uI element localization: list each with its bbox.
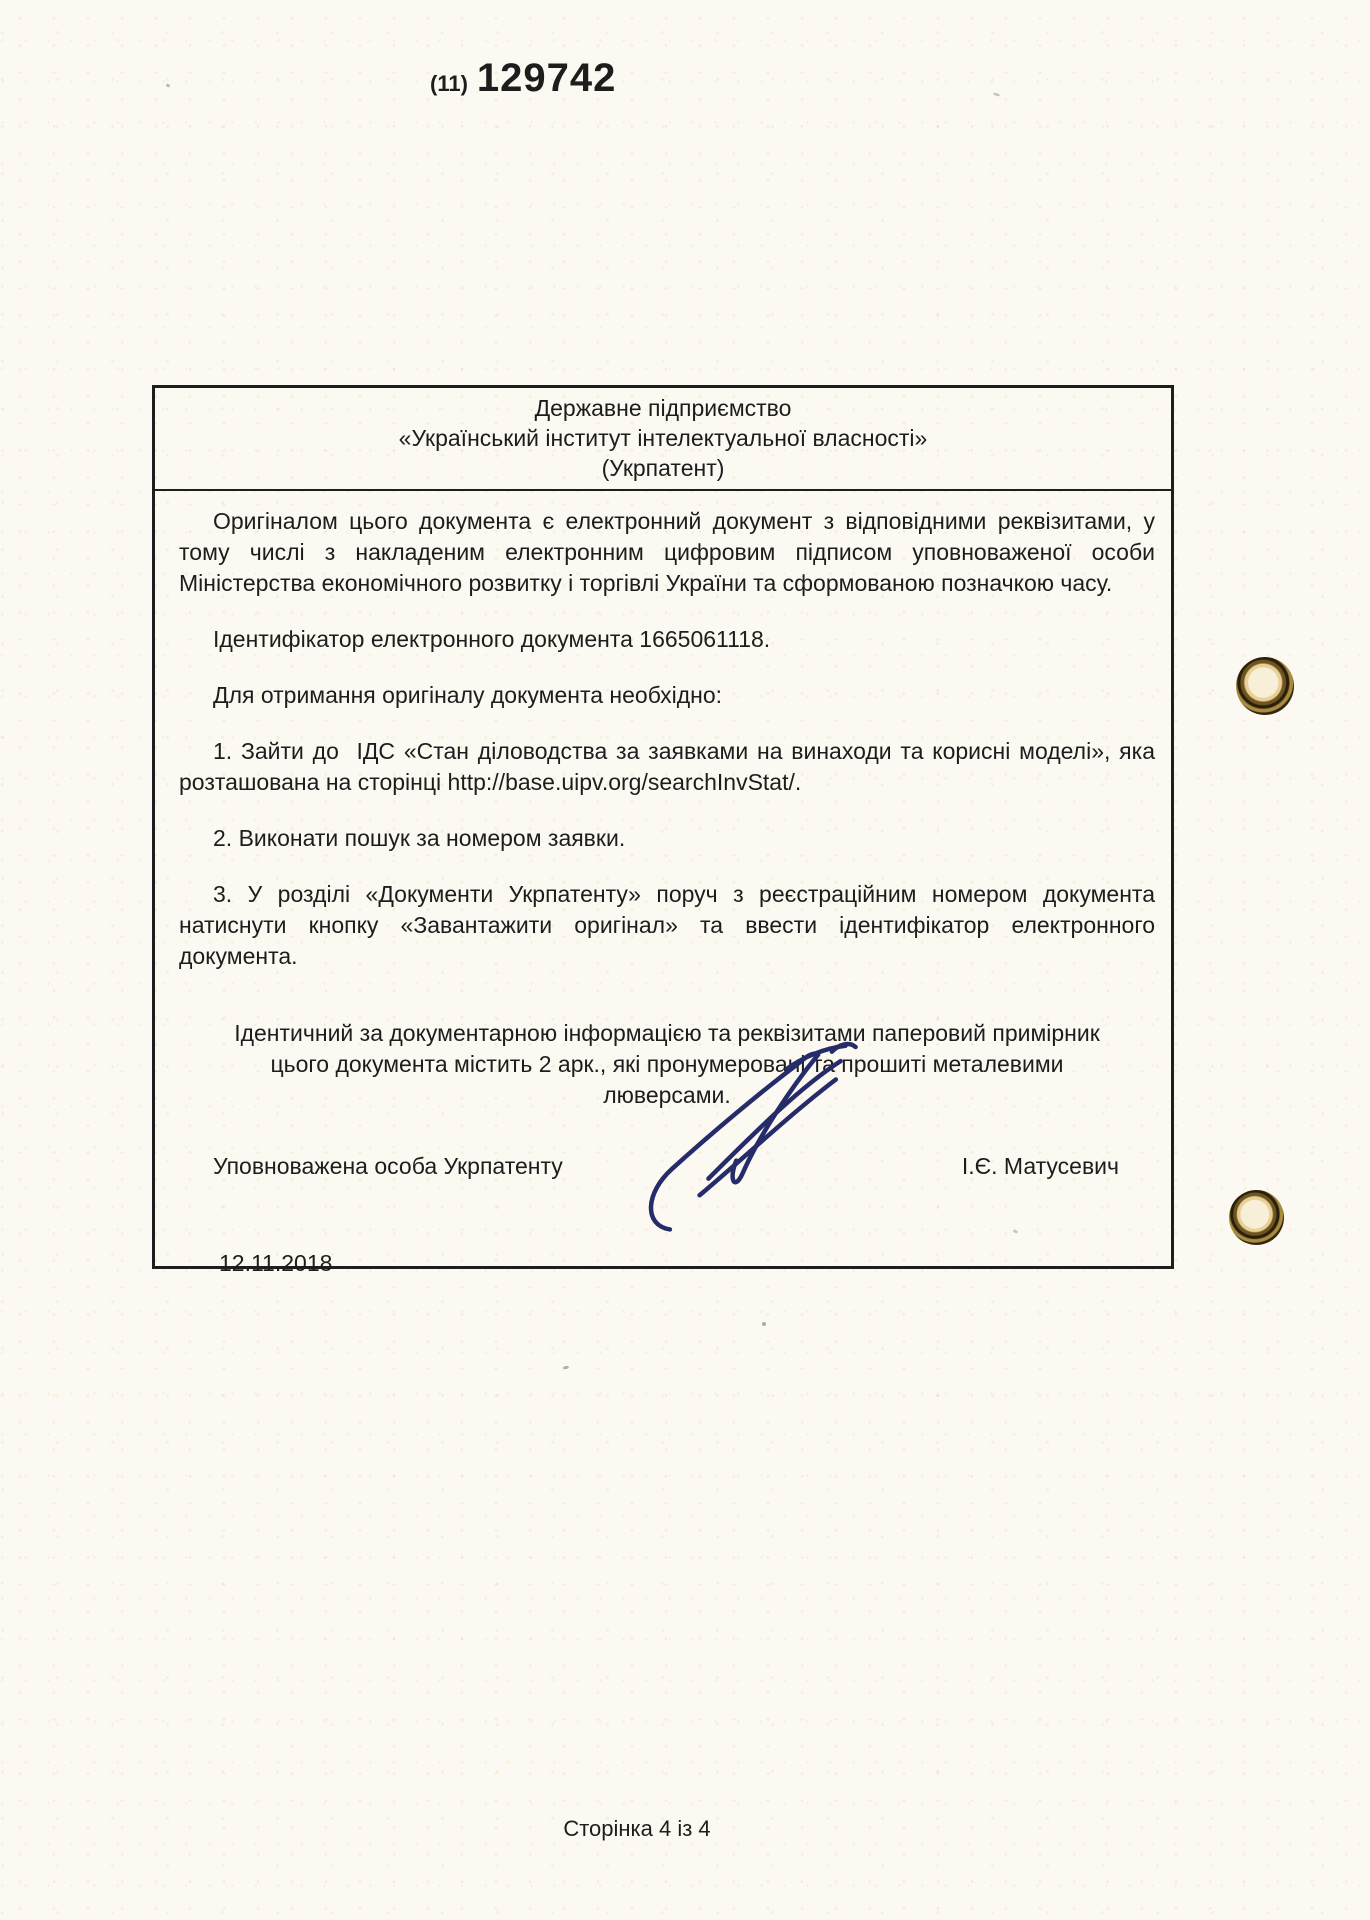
- document-date: 12.11.2018: [179, 1248, 1155, 1279]
- inid-code-11: (11): [430, 71, 468, 97]
- patent-number-value: 129742: [477, 56, 616, 101]
- authorized-person-label: Уповноважена особа Укрпатенту: [213, 1151, 563, 1182]
- paragraph-document-identifier: Ідентифікатор електронного документа 166…: [179, 624, 1155, 655]
- instruction-step-1: 1. Зайти до ІДС «Стан діловодства за зая…: [179, 736, 1155, 798]
- issuer-line-3: (Укрпатент): [185, 453, 1141, 483]
- scanned-document-page: (11) 129742 Державне підприємство «Украї…: [0, 0, 1370, 1920]
- issuer-header: Державне підприємство «Український інсти…: [155, 388, 1171, 491]
- patent-number: (11) 129742: [430, 56, 616, 101]
- signature-row: Уповноважена особа Укрпатенту І.Є. М: [179, 1145, 1155, 1182]
- instruction-step-2: 2. Виконати пошук за номером заявки.: [179, 823, 1155, 854]
- page-number-footer: Сторінка 4 із 4: [0, 1816, 1274, 1842]
- scan-artifact: [993, 92, 1001, 97]
- paragraph-paper-copy-note: Ідентичний за документарною інформацією …: [205, 1018, 1129, 1111]
- scan-artifact: [166, 83, 171, 88]
- metal-eyelet-top-icon: [1236, 657, 1294, 715]
- certification-box: Державне підприємство «Український інсти…: [152, 385, 1174, 1269]
- scan-artifact: [563, 1365, 569, 1369]
- issuer-line-2: «Український інститут інтелектуальної вл…: [185, 423, 1141, 453]
- issuer-line-1: Державне підприємство: [185, 393, 1141, 423]
- paragraph-instruction-intro: Для отримання оригіналу документа необхі…: [179, 680, 1155, 711]
- certification-body: Оригіналом цього документа є електронний…: [155, 491, 1171, 1279]
- scan-artifact: [762, 1322, 766, 1326]
- signer-name: І.Є. Матусевич: [962, 1151, 1119, 1182]
- instruction-step-3: 3. У розділі «Документи Укрпатенту» пору…: [179, 879, 1155, 972]
- metal-eyelet-bottom-icon: [1229, 1190, 1284, 1245]
- paragraph-original-statement: Оригіналом цього документа є електронний…: [179, 506, 1155, 599]
